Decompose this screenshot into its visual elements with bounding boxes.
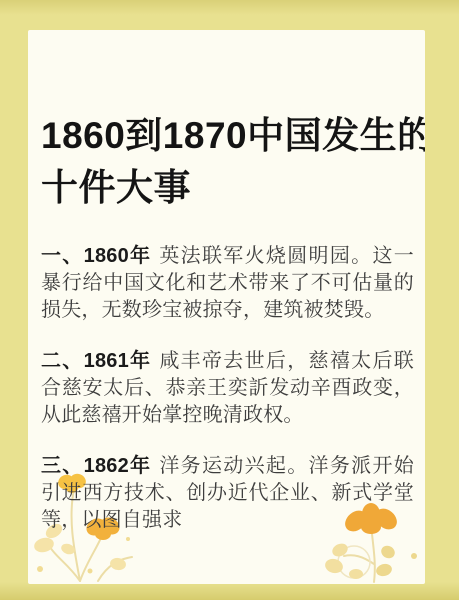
event-lead-1861: 二、1861年	[41, 350, 151, 372]
page-background: 1860到1870中国发生的 十件大事 一、1860年英法联军火烧圆明园。这一暴…	[0, 0, 459, 600]
event-item-1860: 一、1860年英法联军火烧圆明园。这一暴行给中国文化和艺术带来了不可估量的损失，…	[41, 243, 414, 324]
event-lead-1862: 三、1862年	[41, 455, 151, 477]
page-title-line-2: 十件大事	[41, 162, 414, 214]
event-item-1861: 二、1861年咸丰帝去世后，慈禧太后联合慈安太后、恭亲王奕訢发动辛酉政变，从此慈…	[41, 348, 414, 429]
card-content: 1860到1870中国发生的 十件大事 一、1860年英法联军火烧圆明园。这一暴…	[28, 110, 425, 534]
content-card: 1860到1870中国发生的 十件大事 一、1860年英法联军火烧圆明园。这一暴…	[28, 30, 425, 584]
page-title: 1860到1870中国发生的 十件大事	[41, 110, 414, 214]
page-title-line-1: 1860到1870中国发生的	[41, 110, 414, 162]
event-lead-1860: 一、1860年	[41, 245, 151, 267]
event-item-1862: 三、1862年洋务运动兴起。洋务派开始引进西方技术、创办近代企业、新式学堂等，以…	[41, 453, 414, 534]
